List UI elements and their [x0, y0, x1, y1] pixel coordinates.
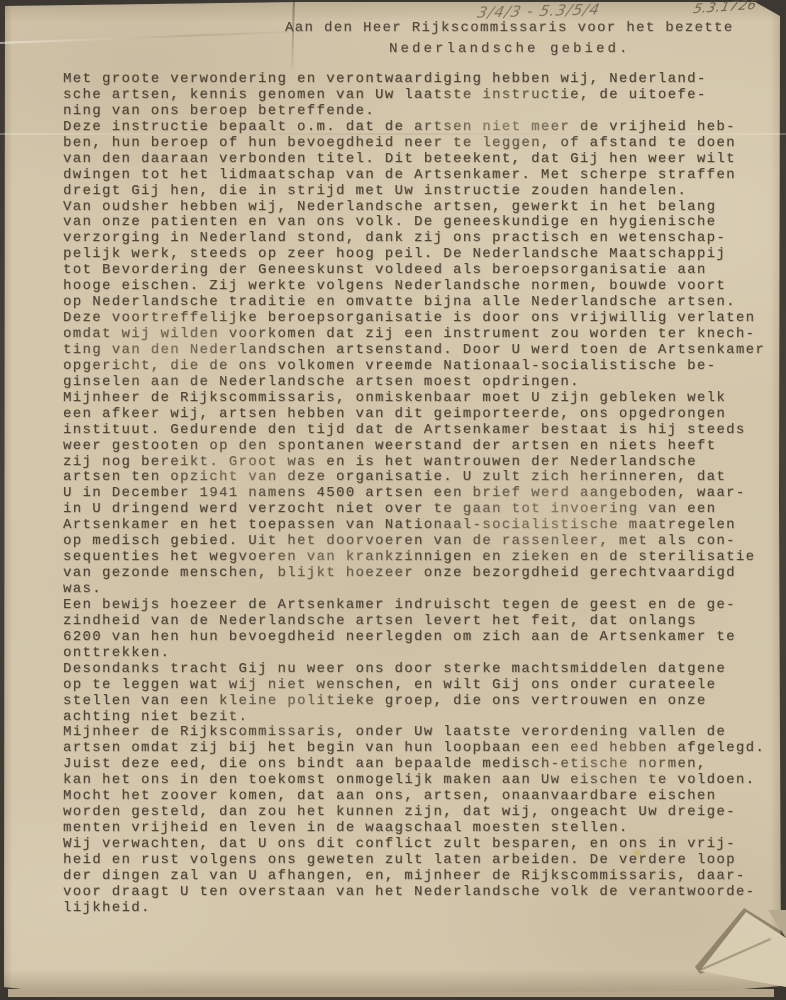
typed-line: op te leggen wat wij niet wenschen, en w…	[63, 678, 779, 694]
typed-line: Deze voortreffelijke beroepsorganisatie …	[63, 311, 779, 327]
typed-line: opgericht, die de ons volkomen vreemde N…	[63, 359, 779, 375]
typed-line: artsen omdat zij bij het begin van hun l…	[63, 741, 779, 757]
typed-line: der dingen zal van U afhangen, en, mijnh…	[63, 869, 779, 885]
typed-line: Juist deze eed, die ons bindt aan bepaal…	[63, 757, 779, 773]
typed-line: hooge eischen. Zij werkte volgens Nederl…	[63, 279, 779, 295]
typed-line: op medisch gebied. Uit het doorvoeren va…	[63, 534, 779, 550]
typed-line: Wij verwachten, dat U ons dit conflict z…	[63, 837, 779, 853]
salutation-line-2: Nederlandsche gebied.	[389, 41, 631, 57]
typed-line: lijkheid.	[63, 901, 779, 917]
typed-line: van onze patienten en van ons volk. De g…	[63, 215, 779, 231]
typed-line: worden gesteld, dan zou het kunnen zijn,…	[63, 805, 779, 821]
typed-line: in U dringend werd verzocht niet over te…	[63, 502, 779, 518]
typed-line: sequenties het wegvoeren van krankzinnig…	[63, 550, 779, 566]
letter-body: Met groote verwondering en verontwaardig…	[63, 72, 779, 917]
typed-line: voor draagt U ten overstaan van het Nede…	[63, 885, 779, 901]
typed-line: Met groote verwondering en verontwaardig…	[63, 72, 779, 88]
typed-line: stellen van een kleine politieke groep, …	[63, 694, 779, 710]
typed-line: Mocht het zoover komen, dat aan ons, art…	[63, 789, 779, 805]
salutation-line-1: Aan den Heer Rijkscommissaris voor het b…	[285, 20, 734, 36]
typed-line: heid en rust volgens ons geweten zult la…	[63, 853, 779, 869]
typed-line: weer gestooten op den spontanen weerstan…	[63, 439, 779, 455]
typed-line: Mijnheer de Rijkscommissaris, onmiskenba…	[63, 391, 779, 407]
typed-line: was.	[63, 582, 779, 598]
typed-line: menten vrijheid en leven in de waagschaa…	[63, 821, 779, 837]
typed-line: Desondanks tracht Gij nu weer ons door s…	[63, 662, 779, 678]
typed-line: op Nederlandsche traditie en omvatte bij…	[63, 295, 779, 311]
handwritten-annotation-center: 3/4/3 - 5.3/5/4	[476, 0, 603, 21]
typed-line: ting van den Nederlandschen artsenstand.…	[63, 343, 779, 359]
typed-line: Mijnheer de Rijkscommissaris, onder Uw l…	[63, 725, 779, 741]
typed-line: een afkeer wij, artsen hebben van dit ge…	[63, 407, 779, 423]
typed-line: zindheid van de Nederlandsche artsen lev…	[63, 614, 779, 630]
typed-line: kan het ons in den toekomst onmogelijk m…	[63, 773, 779, 789]
typed-line: onttrekken.	[63, 646, 779, 662]
typed-line: Een bewijs hoezeer de Artsenkamer indrui…	[63, 598, 779, 614]
typed-line: dwingen tot het lidmaatschap van de Arts…	[63, 168, 779, 184]
typed-line: ning van ons beroep betreffende.	[63, 104, 779, 120]
typed-line: instituut. Gedurende den tijd dat de Art…	[63, 423, 779, 439]
typed-line: sche artsen, kennis genomen van Uw laats…	[63, 88, 779, 104]
typed-line: Deze instructie bepaalt o.m. dat de arts…	[63, 120, 779, 136]
typed-line: 6200 van hen hun bevoegdheid neerlegden …	[63, 630, 779, 646]
typed-line: tot Bevordering der Geneeskunst voldeed …	[63, 263, 779, 279]
typed-line: ginselen aan de Nederlandsche artsen moe…	[63, 375, 779, 391]
typed-line: pelijk werk, steeds op zeer hoog peil. D…	[63, 247, 779, 263]
typed-line: dreigt Gij hen, die in strijd met Uw ins…	[63, 184, 779, 200]
typed-line: van gezonde menschen, blijkt hoezeer onz…	[63, 566, 779, 582]
typed-line: artsen ten opzicht van deze organisatie.…	[63, 470, 779, 486]
typed-line: van den daaraan verbonden titel. Dit bet…	[63, 152, 779, 168]
typed-line: U in December 1941 namens 4500 artsen ee…	[63, 486, 779, 502]
typed-line: omdat wij wilden voorkomen dat zij een i…	[63, 327, 779, 343]
scanned-letter: 3/4/3 - 5.3/5/4 5.3.1726 Aan den Heer Ri…	[0, 0, 786, 1000]
typed-line: verzorging in Nederland stond, dank zij …	[63, 231, 779, 247]
typed-line: Artsenkamer en het toepassen van Nationa…	[63, 518, 779, 534]
typed-line: ben, hun beroep of hun bevoegdheid neer …	[63, 136, 779, 152]
